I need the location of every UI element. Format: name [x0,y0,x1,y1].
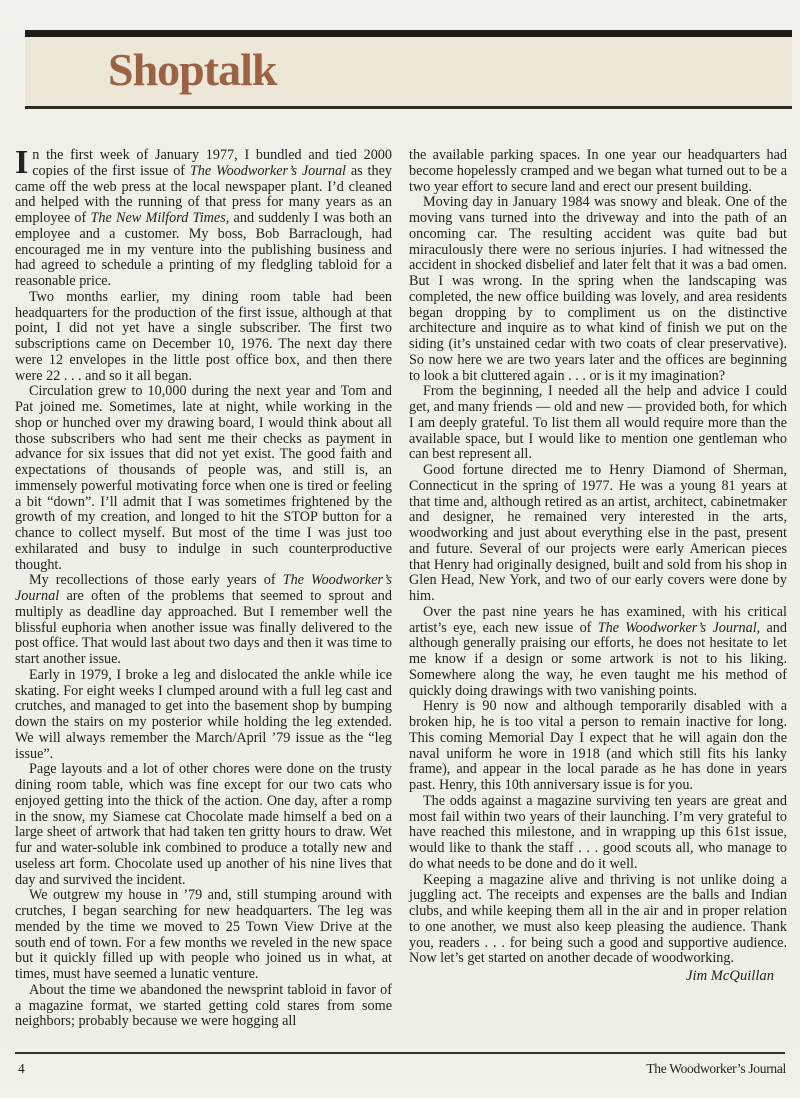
masthead: Shoptalk [25,30,792,109]
paragraph: From the beginning, I needed all the hel… [409,384,787,463]
masthead-band: Shoptalk [25,37,792,109]
page-number: 4 [18,1061,25,1077]
article-body: In the first week of January 1977, I bun… [15,148,787,1030]
magazine-page: Shoptalk In the first week of January 19… [0,0,800,1098]
author-signature: Jim McQuillan [409,969,787,985]
paragraph: Over the past nine years he has examined… [409,605,787,700]
paragraph: Keeping a magazine alive and thriving is… [409,873,787,968]
masthead-top-rule [25,30,792,37]
paragraph: Page layouts and a lot of other chores w… [15,762,392,888]
paragraph: Circulation grew to 10,000 during the ne… [15,384,392,573]
article-column-left: In the first week of January 1977, I bun… [15,148,392,1030]
paragraph: In the first week of January 1977, I bun… [15,148,392,290]
paragraph: the available parking spaces. In one yea… [409,148,787,195]
article-column-right: the available parking spaces. In one yea… [409,148,787,1030]
paragraph: My recollections of those early years of… [15,573,392,668]
paragraph: Two months earlier, my dining room table… [15,290,392,385]
page-title: Shoptalk [25,37,792,93]
paragraph: Moving day in January 1984 was snowy and… [409,195,787,384]
paragraph: About the time we abandoned the newsprin… [15,983,392,1030]
paragraph: Early in 1979, I broke a leg and disloca… [15,668,392,763]
paragraph: Henry is 90 now and although temporarily… [409,699,787,794]
page-footer: 4 The Woodworker’s Journal [18,1061,786,1077]
paragraph: The odds against a magazine surviving te… [409,794,787,873]
paragraph: Good fortune directed me to Henry Diamon… [409,463,787,605]
drop-cap: I [15,148,32,176]
footer-rule [15,1052,785,1054]
paragraph: We outgrew my house in ’79 and, still st… [15,888,392,983]
journal-name: The Woodworker’s Journal [646,1061,786,1077]
